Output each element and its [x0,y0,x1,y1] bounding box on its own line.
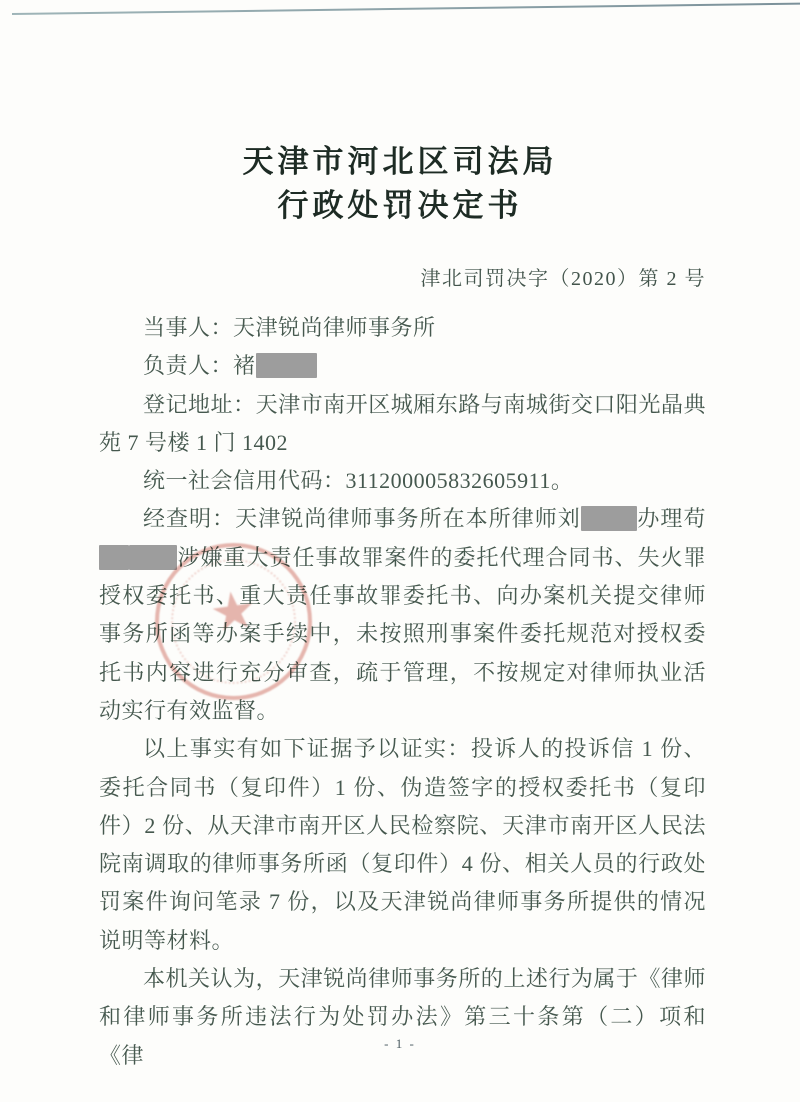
redaction-box [581,506,637,531]
scanner-edge-artifact [12,2,800,15]
responsible-person-line: 负责人：褚 [99,347,706,385]
document-number: 津北司罚决字（2020）第 2 号 [421,262,707,291]
credit-code-line: 统一社会信用代码：311200005832605911。 [99,462,706,500]
findings-paragraph: 经查明：天津锐尚律师事务所在本所律师刘办理苟涉嫌重大责任事故罪案件的委托代理合同… [99,500,706,730]
responsible-person-text: 负责人：褚 [143,353,256,378]
findings-text-3: 涉嫌重大责任事故罪案件的委托代理合同书、失火罪授权委托书、重大责任事故罪委托书、… [99,545,706,723]
findings-text-2: 办理苟 [637,506,706,531]
redaction-box [129,545,177,570]
scanned-document-page: 天津市河北区司法局行政处罚决定书 津北司罚决字（2020）第 2 号 当事人：天… [0,0,800,1102]
findings-text-1: 经查明：天津锐尚律师事务所在本所律师刘 [143,506,581,531]
document-title: 天津市河北区司法局行政处罚决定书 [0,140,800,228]
title-line-1: 天津市河北区司法局 [0,140,800,184]
redaction-box [99,545,129,570]
page-number: - 1 - [0,1036,800,1052]
registered-address-line: 登记地址：天津市南开区城厢东路与南城街交口阳光晶典苑 7 号楼 1 门 1402 [99,386,706,463]
document-body: 当事人：天津锐尚律师事务所 负责人：褚 登记地址：天津市南开区城厢东路与南城街交… [99,309,706,1075]
party-line: 当事人：天津锐尚律师事务所 [99,309,706,347]
redaction-box [256,353,317,378]
title-line-2: 行政处罚决定书 [0,184,800,228]
evidence-paragraph: 以上事实有如下证据予以证实：投诉人的投诉信 1 份、委托合同书（复印件）1 份、… [99,730,706,960]
opinion-paragraph: 本机关认为，天津锐尚律师事务所的上述行为属于《律师和律师事务所违法行为处罚办法》… [99,960,706,1075]
